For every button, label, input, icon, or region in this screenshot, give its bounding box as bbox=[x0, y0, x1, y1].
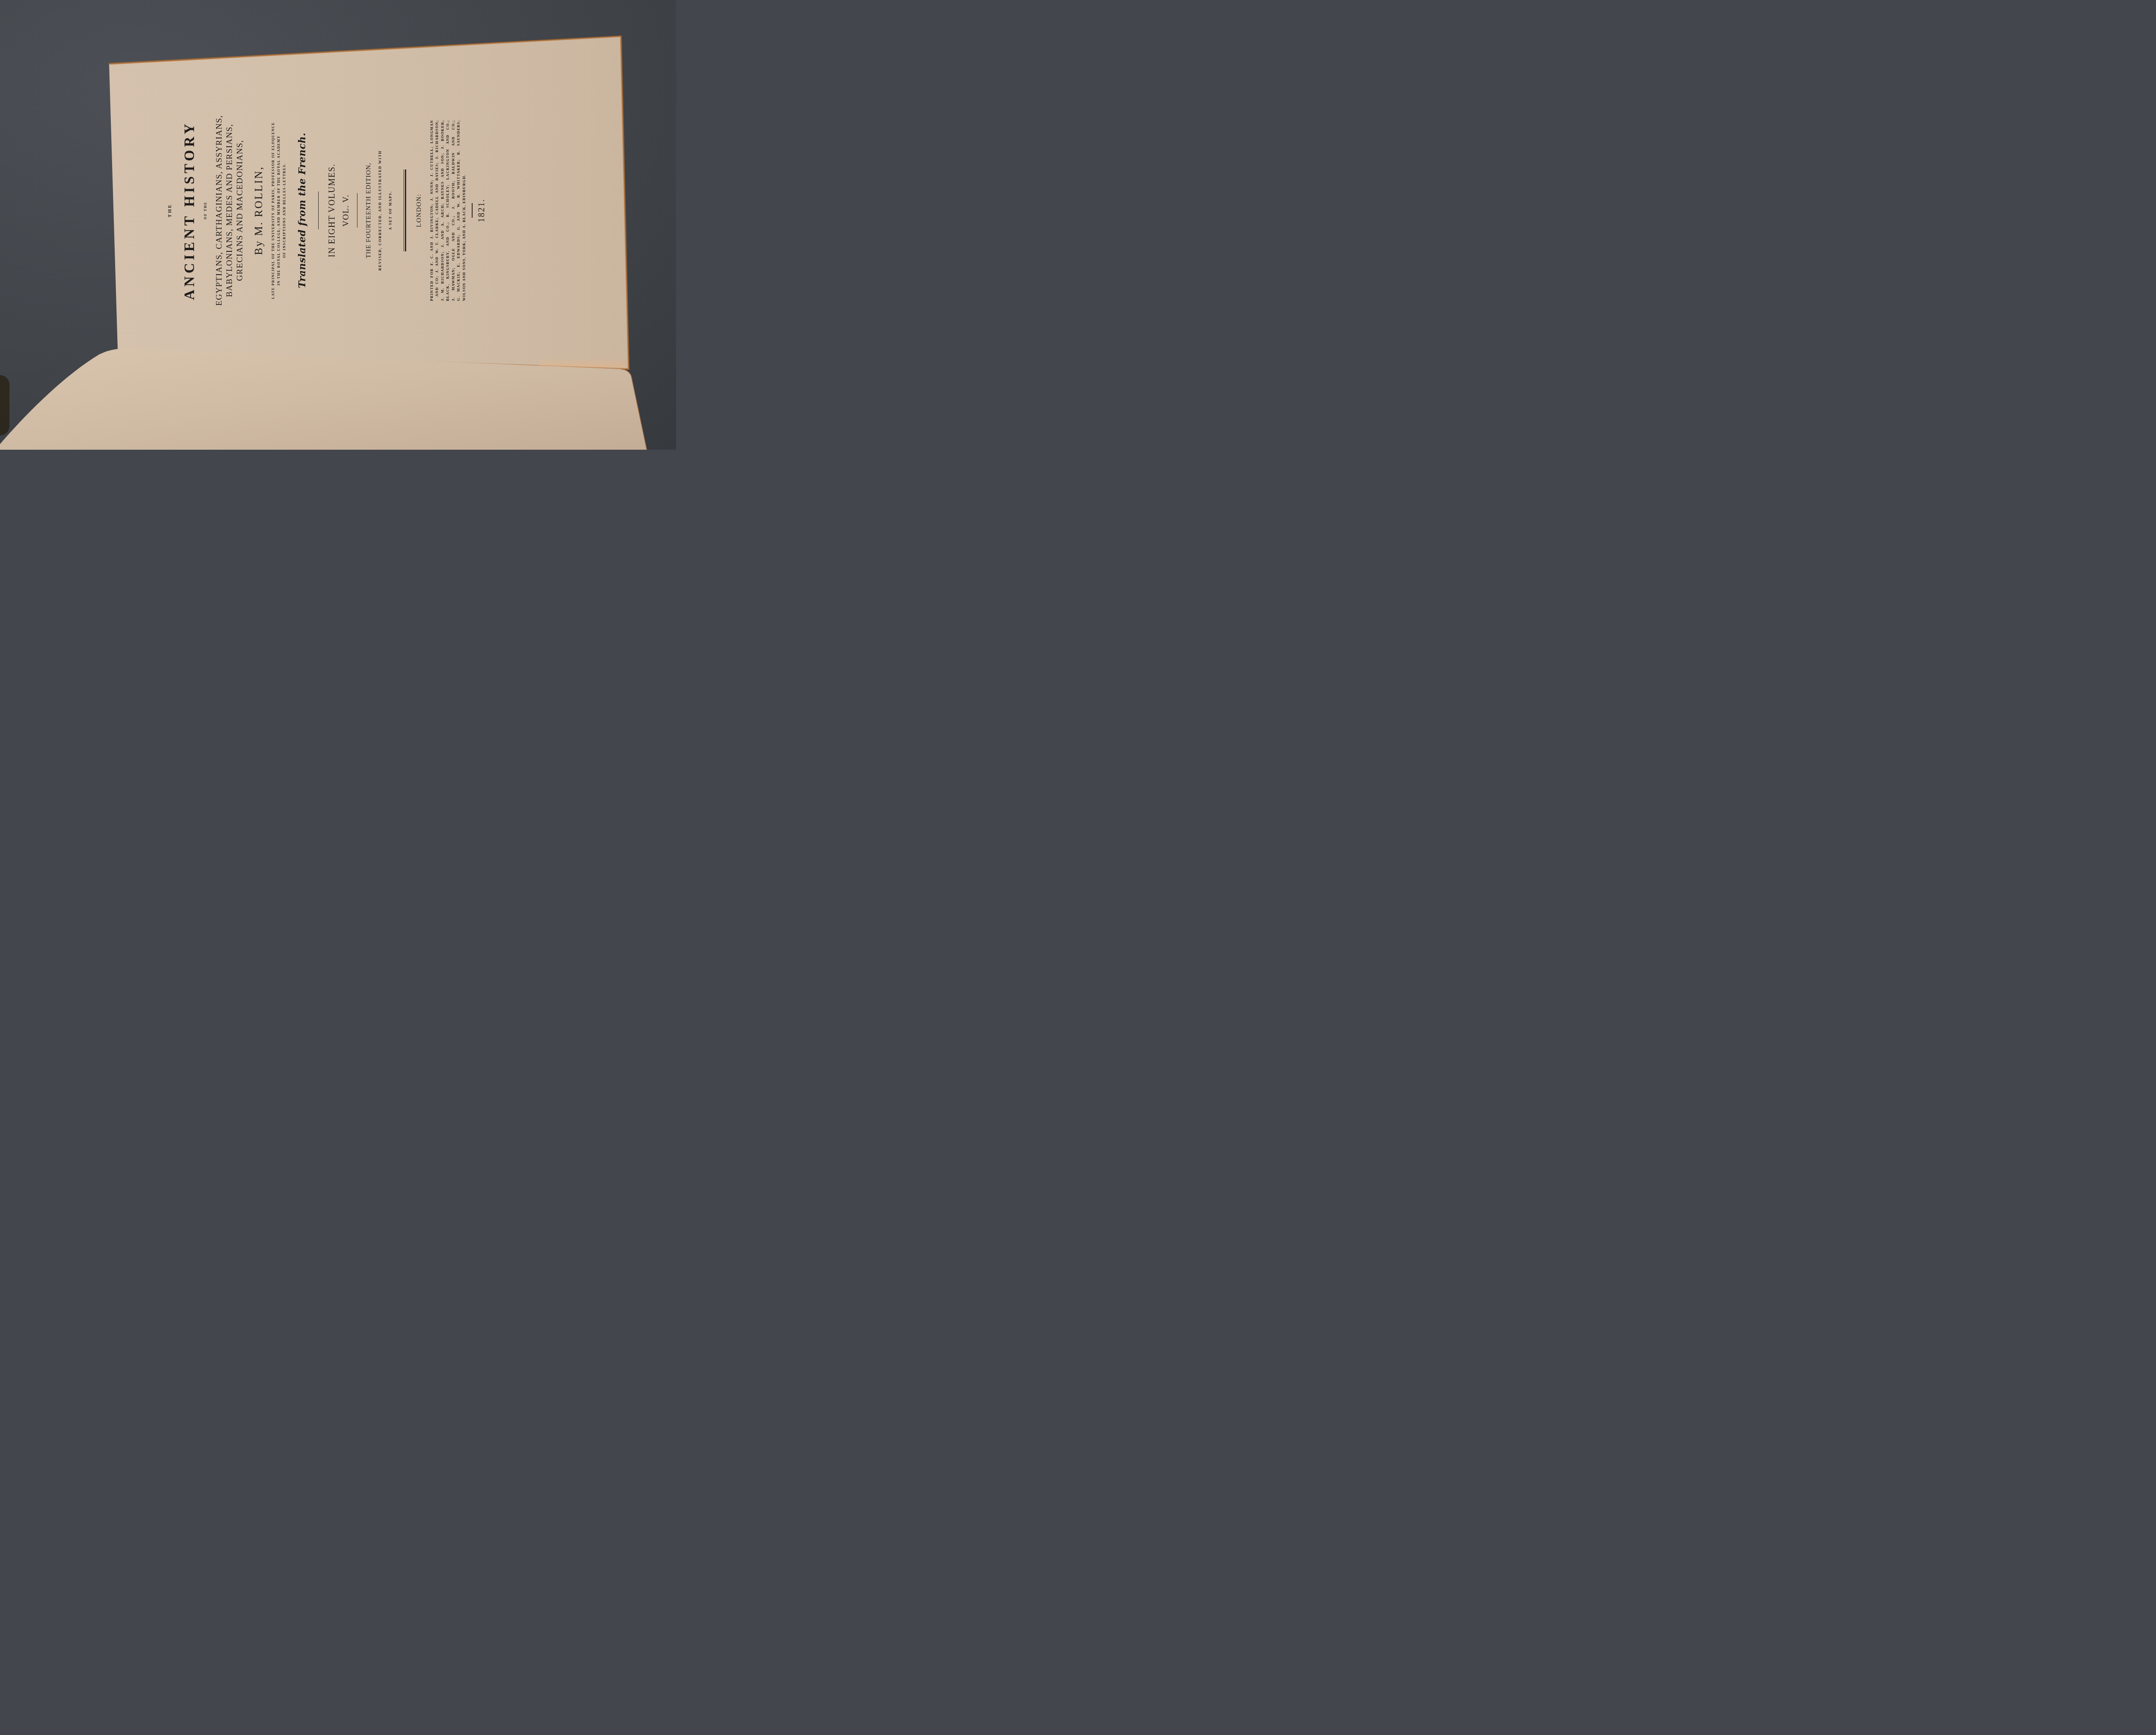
revision-line: A SET OF MAPS. bbox=[387, 81, 393, 340]
imprint-line: PRINTED FOR F. C. AND J. RIVINGTON; J. N… bbox=[429, 120, 435, 301]
photo-scene: THE ANCIENT HISTORY OF THE EGYPTIANS, CA… bbox=[0, 0, 676, 450]
imprint-line: J. MAWMAN; OGLE AND CO.; J. BOOTH; BALDW… bbox=[451, 120, 456, 301]
nations-line: GRECIANS AND MACEDONIANS, bbox=[235, 81, 245, 340]
edition-line: THE FOURTEENTH EDITION, bbox=[365, 81, 373, 340]
double-divider-rule bbox=[404, 169, 406, 251]
the-heading: THE bbox=[167, 81, 172, 340]
nations-list: EGYPTIANS, CARTHAGINIANS, ASSYRIANS, BAB… bbox=[214, 81, 245, 340]
divider-rule bbox=[318, 191, 319, 229]
translated-note: Translated from the French. bbox=[297, 81, 308, 340]
nations-line: BABYLONIANS, MEDES AND PERSIANS, bbox=[225, 81, 235, 340]
divider-rule bbox=[357, 193, 357, 228]
title-page-text: THE ANCIENT HISTORY OF THE EGYPTIANS, CA… bbox=[164, 81, 565, 340]
author-description: LATE PRINCIPAL OF THE UNIVERSITY OF PARI… bbox=[270, 81, 287, 340]
volume-number: VOL. V. bbox=[342, 81, 351, 340]
of-the-subheading: OF THE bbox=[204, 81, 207, 340]
printer-imprint: PRINTED FOR F. C. AND J. RIVINGTON; J. N… bbox=[429, 120, 467, 301]
volume-count: IN EIGHT VOLUMES. bbox=[327, 81, 337, 340]
revision-note: REVISED, CORRECTED, AND ILLUSTRATED WITH… bbox=[377, 81, 393, 340]
author-description-line: IN THE ROYAL COLLEGE, AND MEMBER OF THE … bbox=[276, 81, 282, 340]
imprint-line: BLACK, KINGSBURY, AND CO.; R. SCHOLEY; L… bbox=[445, 120, 451, 301]
author-description-line: LATE PRINCIPAL OF THE UNIVERSITY OF PARI… bbox=[270, 81, 276, 340]
divider-rule bbox=[472, 203, 473, 218]
publication-year: 1821. bbox=[477, 81, 487, 340]
imprint-line: J. M. RICHARDSON; J. AND A. ARCH; BAYNES… bbox=[440, 120, 445, 301]
author-description-line: OF INSCRIPTIONS AND BELLES-LETTRES. bbox=[282, 81, 287, 340]
imprint-line: AND CO; J. AND W. T. CLARKE; CADELL AND … bbox=[434, 120, 440, 301]
place-of-publication: LONDON: bbox=[416, 81, 423, 340]
imprint-line: WILSON AND SONS, YORK; AND A. BLACK, EDI… bbox=[461, 120, 467, 301]
author-by: By bbox=[253, 240, 265, 255]
author-name: M. ROLLIN, bbox=[253, 166, 265, 236]
revision-line: REVISED, CORRECTED, AND ILLUSTRATED WITH bbox=[377, 81, 383, 340]
imprint-line: G. MACKIE; E. EDWARDS; G. AND W. B. WHIT… bbox=[456, 120, 461, 301]
author-line: By M. ROLLIN, bbox=[253, 81, 265, 340]
nations-line: EGYPTIANS, CARTHAGINIANS, ASSYRIANS, bbox=[214, 81, 225, 340]
main-title: ANCIENT HISTORY bbox=[182, 81, 197, 340]
